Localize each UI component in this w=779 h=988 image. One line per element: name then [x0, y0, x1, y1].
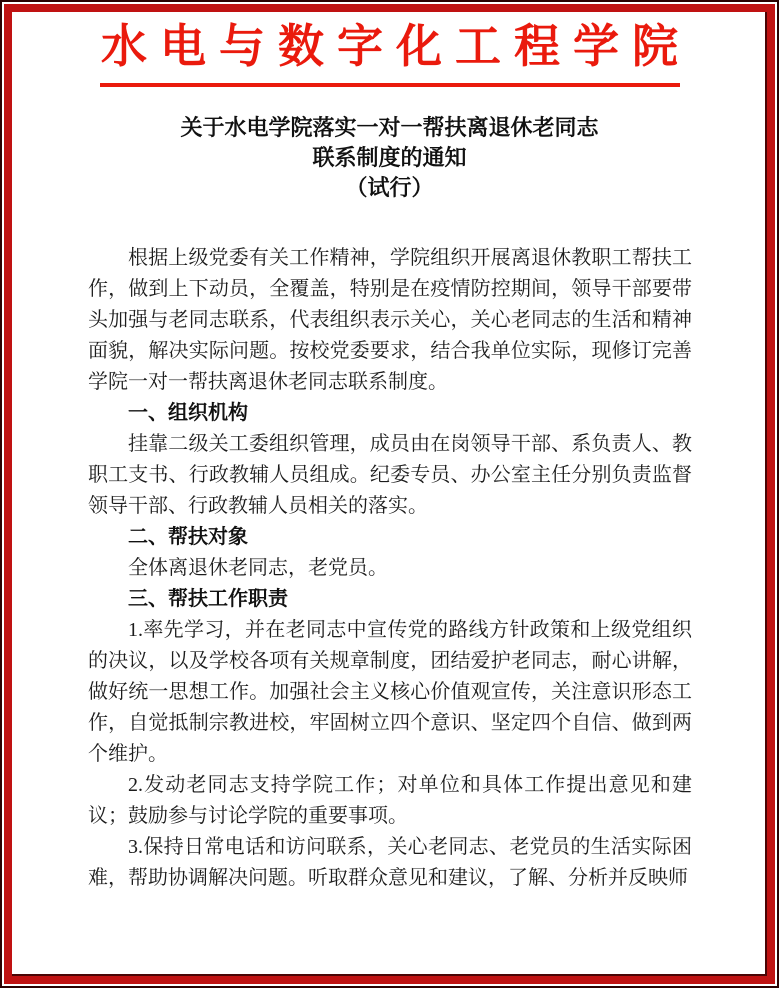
section-heading-organization: 一、组织机构 [88, 398, 692, 429]
notice-title: 关于水电学院落实一对一帮扶离退休老同志 联系制度的通知 （试行） [0, 113, 779, 203]
intro-paragraph: 根据上级党委有关工作精神，学院组织开展离退休教职工帮扶工作，做到上下动员，全覆盖… [88, 243, 692, 398]
notice-title-line-1: 关于水电学院落实一对一帮扶离退休老同志 [0, 113, 779, 143]
notice-title-line-3: （试行） [0, 173, 779, 203]
targets-paragraph: 全体离退休老同志，老党员。 [88, 553, 692, 584]
notice-body: 根据上级党委有关工作精神，学院组织开展离退休教职工帮扶工作，做到上下动员，全覆盖… [0, 243, 779, 894]
section-heading-duties: 三、帮扶工作职责 [88, 584, 692, 615]
duty-item-3: 3.保持日常电话和访问联系，关心老同志、老党员的生活实际困难，帮助协调解决问题。… [88, 832, 692, 894]
organization-paragraph: 挂靠二级关工委组织管理，成员由在岗领导干部、系负责人、教职工支书、行政教辅人员组… [88, 429, 692, 522]
section-heading-targets: 二、帮扶对象 [88, 522, 692, 553]
duty-item-2: 2.发动老同志支持学院工作；对单位和具体工作提出意见和建议；鼓励参与讨论学院的重… [88, 770, 692, 832]
notice-page: 水电与数字化工程学院 关于水电学院落实一对一帮扶离退休老同志 联系制度的通知 （… [0, 0, 779, 988]
duty-item-1: 1.率先学习，并在老同志中宣传党的路线方针政策和上级党组织的决议，以及学校各项有… [88, 615, 692, 770]
masthead: 水电与数字化工程学院 [0, 0, 779, 87]
notice-title-line-2: 联系制度的通知 [0, 143, 779, 173]
masthead-rule [100, 83, 680, 87]
institution-name: 水电与数字化工程学院 [0, 18, 779, 74]
